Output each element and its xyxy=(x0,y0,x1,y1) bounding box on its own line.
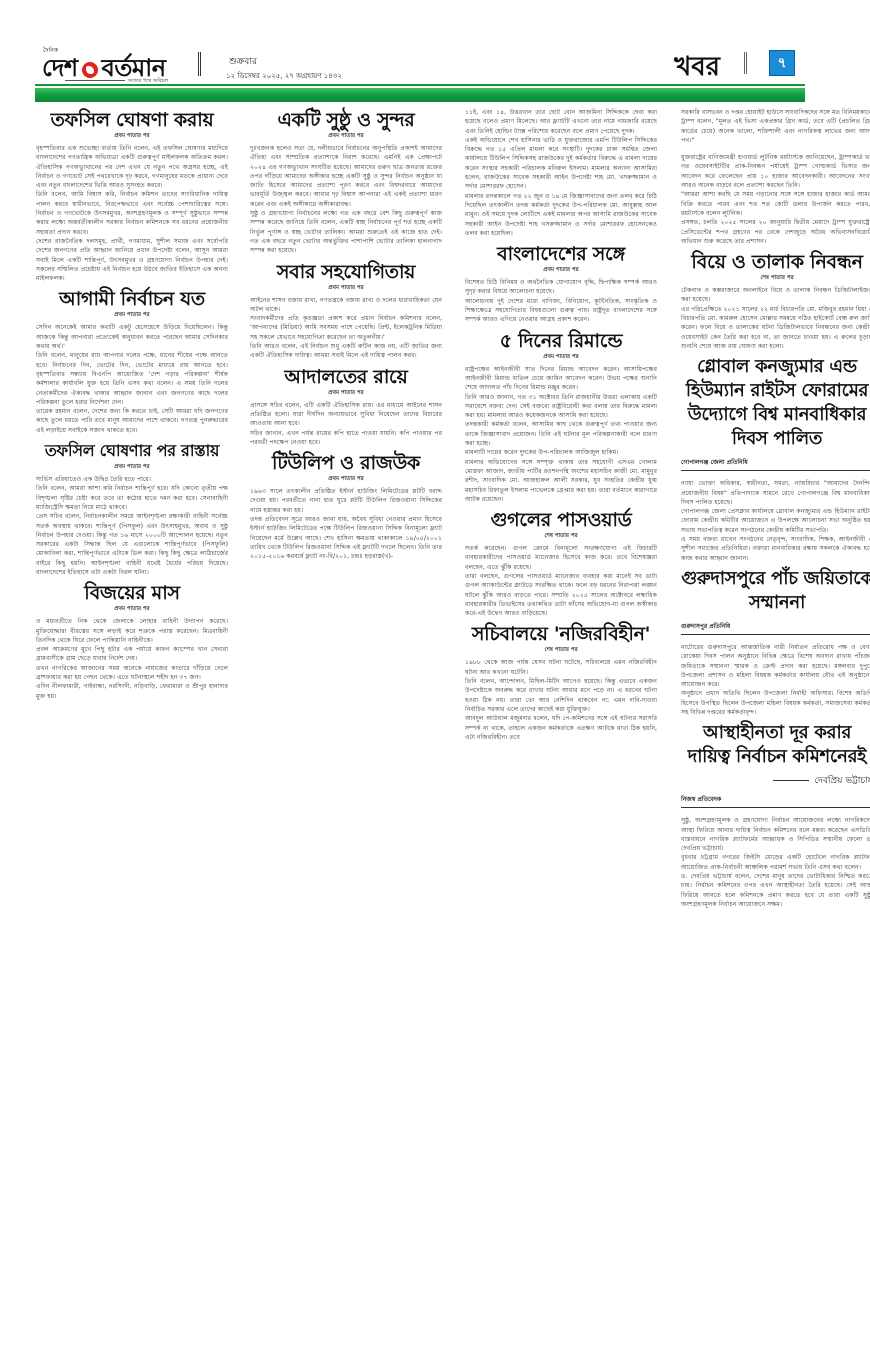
article-tofsil-rastay: তফসিল ঘোষণার পর রাস্তায় প্রথম পাতার পর … xyxy=(36,439,228,577)
article-paragraph: এদিন নীলফামারী, গাইবান্ধা, নরসিংদী, নড়ি… xyxy=(36,682,228,701)
article-paragraph: সেদিন অনেকেই আমার কথাটি একটু হেসেহেসে উড… xyxy=(36,323,228,351)
article-5-diner-remand: ৫ দিনের রিমান্ডে প্রথম পাতার পর রাষ্ট্রপ… xyxy=(465,329,657,504)
article-election-commission-trust: আস্থাহীনতা দূর করার দায়িত্ব নির্বাচন কম… xyxy=(681,721,870,909)
article-paragraph: রাষ্ট্রপক্ষের আইনজীবী সাত দিনের রিমান্ড … xyxy=(465,365,657,393)
article-paragraph: তিনি বলেন, আন্দোলন, মিছিল-মিটিং আগেও হয়… xyxy=(465,677,657,714)
masthead: দৈনিক দেশ বর্তমান সত্যের পথে অবিচল শুক্র… xyxy=(35,44,805,84)
article-paragraph: গোপালগঞ্জ জেলা প্রেসক্লাব কার্যালয়ে গ্ল… xyxy=(681,507,870,535)
article-paragraph: সচিব জানান, এখন পর্যন্ত রায়ের কপি হাতে … xyxy=(250,429,442,448)
article-tulip-continued: ১১ই, এবং ১৪, উত্তরখান তার ছোট বোন আজমিনা… xyxy=(465,108,657,238)
article-paragraph: একই অভিযোগে শেখ হাসিনার ভাগ্নি ও যুক্তরা… xyxy=(465,136,657,192)
article-paragraph: টেকনাফ ও কক্সবাজারে অনলাইনে বিয়ে ও তালা… xyxy=(681,286,870,305)
column-3: ১১ই, এবং ১৪, উত্তরখান তার ছোট বোন আজমিনা… xyxy=(465,108,657,746)
article-paragraph: ও মধ্যবর্তীতে নিক থেকে জেলাকে লোহার বাহি… xyxy=(36,617,228,645)
green-header-bar xyxy=(35,88,805,102)
article-paragraph: প্রবল আক্রমণের মুখে পিছু হটার এক পর্যায়… xyxy=(36,645,228,664)
header-rule xyxy=(35,84,805,86)
article-paragraph: ন্যায্য ভোক্তা অধিকার, স্বাধীনতা, সমতা, … xyxy=(681,479,870,507)
article-paragraph: ১৯৬৩ সালে তৎকালীন প্রতিষ্ঠিত ইস্টার্ন হা… xyxy=(250,487,442,515)
article-paragraph: আইনের শাসন বজায় রাখা, গণতন্ত্রকে বজায় … xyxy=(250,296,442,315)
continuation-label: প্রথম পাতার পর xyxy=(36,133,228,141)
continuation-label: প্রথম পাতার পর xyxy=(250,285,442,293)
article-headline[interactable]: গুরুদাসপুরে পাঁচ জয়িতাকে সম্মাননা xyxy=(681,567,870,615)
article-headline[interactable]: সবার সহযোগিতায় xyxy=(250,260,442,284)
article-paragraph: নাটোরের গুরুদাসপুরে আন্তর্জাতিক নারী নির… xyxy=(681,643,870,689)
article-paragraph: যুক্তরাষ্ট্রের বাণিজ্যমন্ত্রী হাওয়ার্ড … xyxy=(681,153,870,190)
article-paragraph: সুষ্ঠু, অংশগ্রহণমূলক ও গ্রহণযোগ্য নির্বা… xyxy=(681,816,870,853)
article-paragraph: আলোচনায় দুই দেশের মধ্যে বাণিজ্য, বিনিয়… xyxy=(465,297,657,325)
continuation-label: প্রথম পাতার পর xyxy=(36,606,228,614)
article-shobar-shohojogitay: সবার সহযোগিতায় প্রথম পাতার পর আইনের শাস… xyxy=(250,260,442,361)
masthead-divider xyxy=(198,52,201,76)
issue-date: ১২ ডিসেম্বর ২০২৫, ২৭ অগ্রহায়ণ ১৪৩২ xyxy=(226,70,342,82)
article-paragraph: বৃহস্পতিবার এক শুভেচ্ছা বার্তায় তিনি বল… xyxy=(36,144,228,190)
article-adaloter-raye: আদালতের রায়ে প্রথম পাতার পর প্রাসঙ্গে স… xyxy=(250,365,442,447)
article-headline[interactable]: একটি সুষ্ঠু ও সুন্দর xyxy=(250,108,442,132)
article-paragraph: ১১ই, এবং ১৪, উত্তরখান তার ছোট বোন আজমিনা… xyxy=(465,108,657,136)
article-sushthu-sundor: একটি সুষ্ঠু ও সুন্দর প্রথম পাতার পর দুঃখ… xyxy=(250,108,442,256)
column-1: তফসিল ঘোষণা করায় প্রথম পাতার পর বৃহস্পত… xyxy=(36,108,228,705)
article-paragraph: তিনি বলেন, মানুষের রায় আপনার দলের পক্ষে… xyxy=(36,351,228,407)
continuation-label: প্রথম পাতার পর xyxy=(465,354,657,362)
article-paragraph: তারেক রহমান বলেন, দেশের জন্য কি করতে চাই… xyxy=(36,407,228,435)
section-divider xyxy=(744,52,747,74)
article-paragraph: মামলাটি দায়ের করেন দুদকের উপ-পরিচালক আজ… xyxy=(465,448,657,457)
article-paragraph: সার্ভিস এরিয়াতেও এক উদ্বিগ্ন তৈরি হতে প… xyxy=(36,475,228,484)
article-paragraph: তখন নাগরিকের আজানের সময় অনেকে নামাজের ক… xyxy=(36,664,228,683)
article-paragraph: দুঃখজনক হলেও সত্য যে, দলীয়ভাবে নির্বাচন… xyxy=(250,144,442,209)
article-paragraph: তিনি আরও বলেন, এই নির্বাচন শুধু একটি রুট… xyxy=(250,342,442,361)
article-headline[interactable]: তফসিল ঘোষণা করায় xyxy=(36,108,228,132)
article-paragraph: সংবাদকর্মীদের প্রতি কৃতজ্ঞতা প্রকাশ করে … xyxy=(250,314,442,342)
article-paragraph: "আমরা আশা করছি যে সময় গড়ানোর সঙ্গে সঙ্… xyxy=(681,190,870,218)
article-paragraph: এর পরিপ্রেক্ষিতে ২০২১ সালের ২২ মার্চ বিচ… xyxy=(681,305,870,351)
article-paragraph: প্রসঙ্গত, চলতি ২০২৫ সালের ২০ জানুয়ারি দ… xyxy=(681,218,870,246)
article-paragraph: তিনি বলেন, আমরা আশা করি নির্বাচন শান্তিপ… xyxy=(36,484,228,512)
article-trump-gold-visa-continued: সরকারি বাসভবন ও দপ্তর হোয়াইট হাউসে সাংব… xyxy=(681,108,870,246)
article-paragraph: মামলার অভিযোগের সঙ্গে সম্পৃক্ত থাকায় তা… xyxy=(465,458,657,504)
article-paragraph: তিনি বলেন, আমি বিশ্বাস করি, নির্বাচন কমি… xyxy=(36,190,228,236)
continuation-label: প্রথম পাতার পর xyxy=(36,312,228,320)
continuation-label: প্রথম পাতার পর xyxy=(465,267,657,275)
article-paragraph: সুষ্ঠু ও গ্রহণযোগ্য নির্বাচনের লক্ষ্যে গ… xyxy=(250,209,442,255)
issue-day: শুক্রবার xyxy=(229,54,257,69)
article-sochibaloye-nojirbihin: সচিবালয়ে 'নজিরবিহীন' শেষ পাতার পর ১৯৮৮ … xyxy=(465,622,657,742)
article-headline[interactable]: তফসিল ঘোষণার পর রাস্তায় xyxy=(36,439,228,463)
article-paragraph: অনুষ্ঠানে প্রধান অতিথি ছিলেন উপজেলা নির্… xyxy=(681,689,870,717)
article-bangladesher-shonge: বাংলাদেশের সঙ্গে প্রথম পাতার পর বিশেষত চ… xyxy=(465,242,657,324)
page-number-badge: ৭ xyxy=(769,50,795,76)
article-paragraph: ড. দেবপ্রিয় ভট্টাচার্য বলেন, দেশের মানু… xyxy=(681,872,870,909)
article-headline[interactable]: বিজয়ের মাস xyxy=(36,581,228,605)
continuation-label: প্রথম পাতার পর xyxy=(36,464,228,472)
article-paragraph: বুধবার চট্টগ্রাম নগরের জিইসি মোড়ের একটি… xyxy=(681,853,870,872)
article-paragraph: মামলার তদন্তকালে গত ২২ জুন ও ১৪ মে জিজ্ঞ… xyxy=(465,192,657,238)
article-tulip-rajuk: টিউলিপ ও রাজউক প্রথম পাতার পর ১৯৬৩ সালে … xyxy=(250,451,442,561)
column-4: সরকারি বাসভবন ও দপ্তর হোয়াইট হাউসে সাংব… xyxy=(681,108,870,913)
article-headline[interactable]: গুগলের পাসওয়ার্ড xyxy=(465,508,657,532)
article-paragraph: ১৯৮৮ থেকে আজ পর্যন্ত যেসব ঘটনা ঘটেছে, সচ… xyxy=(465,658,657,677)
article-headline[interactable]: আদালতের রায়ে xyxy=(250,365,442,389)
continuation-label: শেষ পাতার পর xyxy=(465,533,657,541)
article-headline[interactable]: সচিবালয়ে 'নজিরবিহীন' xyxy=(465,622,657,646)
article-headline[interactable]: গ্লোবাল কনজ্যুমার এন্ড হিউম্যান রাইটস ফো… xyxy=(681,355,870,451)
article-gurudaspur-joyita: গুরুদাসপুরে পাঁচ জয়িতাকে সম্মাননা গুরুদ… xyxy=(681,567,870,717)
article-paragraph: বিশেষত চিঠি বিনিময় ও অর্থনৈতিক যোগাযোগ … xyxy=(465,278,657,297)
article-paragraph: তদন্তকারী কর্মকর্তা বলেন, আসামির কাছ থেক… xyxy=(465,420,657,448)
continuation-label: শেষ পাতার পর xyxy=(465,647,657,655)
article-global-consumer-forum: গ্লোবাল কনজ্যুমার এন্ড হিউম্যান রাইটস ফো… xyxy=(681,355,870,563)
article-headline[interactable]: বাংলাদেশের সঙ্গে xyxy=(465,242,657,266)
article-bijoyer-mash: বিজয়ের মাস প্রথম পাতার পর ও মধ্যবর্তীতে… xyxy=(36,581,228,701)
article-headline[interactable]: টিউলিপ ও রাজউক xyxy=(250,451,442,475)
article-headline[interactable]: ৫ দিনের রিমান্ডে xyxy=(465,329,657,353)
article-paragraph: এ সময় বক্তব্য রাখেন সংগঠনের নেতৃবৃন্দ, … xyxy=(681,535,870,563)
article-headline[interactable]: বিয়ে ও তালাক নিবন্ধন xyxy=(681,250,870,274)
column-2: একটি সুষ্ঠু ও সুন্দর প্রথম পাতার পর দুঃখ… xyxy=(250,108,442,566)
article-paragraph: আবদুল আউয়াল মজুমদার বলেন, যদি পে-কমিশনে… xyxy=(465,714,657,742)
article-paragraph: তিনি আরও জানান, গত ৩১ অক্টোবর তিনি রাজধা… xyxy=(465,393,657,421)
article-agami-nirbachon: আগামী নির্বাচন যত প্রথম পাতার পর সেদিন অ… xyxy=(36,287,228,435)
article-paragraph: সতর্ক করেছেন। গুগল ক্রোমে বিনামূল্যে সংর… xyxy=(465,544,657,572)
article-byline: গোপালগঞ্জ জেলা প্রতিনিধি xyxy=(681,457,870,471)
article-paragraph: তারা বলছেন, গুগলের পাসওয়ার্ড ম্যানেজার … xyxy=(465,572,657,618)
article-headline[interactable]: আগামী নির্বাচন যত xyxy=(36,287,228,311)
article-biye-talak: বিয়ে ও তালাক নিবন্ধন শেষ পাতার পর টেকনা… xyxy=(681,250,870,351)
continuation-label: প্রথম পাতার পর xyxy=(250,133,442,141)
article-tofsil-ghoshona: তফসিল ঘোষণা করায় প্রথম পাতার পর বৃহস্পত… xyxy=(36,108,228,283)
article-byline: নিজস্ব প্রতিবেদক xyxy=(681,794,870,808)
article-byline: গুরুদাসপুর প্রতিনিধি xyxy=(681,621,870,635)
article-google-password: গুগলের পাসওয়ার্ড শেষ পাতার পর সতর্ক করে… xyxy=(465,508,657,618)
continuation-label: শেষ পাতার পর xyxy=(681,275,870,283)
continuation-label: প্রথম পাতার পর xyxy=(250,390,442,398)
bangladesh-map-icon xyxy=(82,62,98,78)
article-paragraph: সরকারি বাসভবন ও দপ্তর হোয়াইট হাউসে সাংব… xyxy=(681,108,870,145)
article-author: দেবপ্রিয় ভট্টাচার্য xyxy=(681,773,870,788)
article-headline[interactable]: আস্থাহীনতা দূর করার দায়িত্ব নির্বাচন কম… xyxy=(681,721,870,769)
article-paragraph: তদন্ত প্রতিবেদন সূত্রে আরও জানা যায়, অব… xyxy=(250,515,442,561)
continuation-label: প্রথম পাতার পর xyxy=(250,476,442,484)
article-paragraph: প্রেস সচিব বলেন, নির্বাচনকালীন সময়ে আইন… xyxy=(36,512,228,577)
article-paragraph: প্রাসঙ্গে সচিব বলেন, এটি একটি ঐতিহাসিক র… xyxy=(250,401,442,429)
article-paragraph: দেশের রাজনৈতিক দলসমূহ, প্রার্থী, গণমাধ্য… xyxy=(36,237,228,283)
